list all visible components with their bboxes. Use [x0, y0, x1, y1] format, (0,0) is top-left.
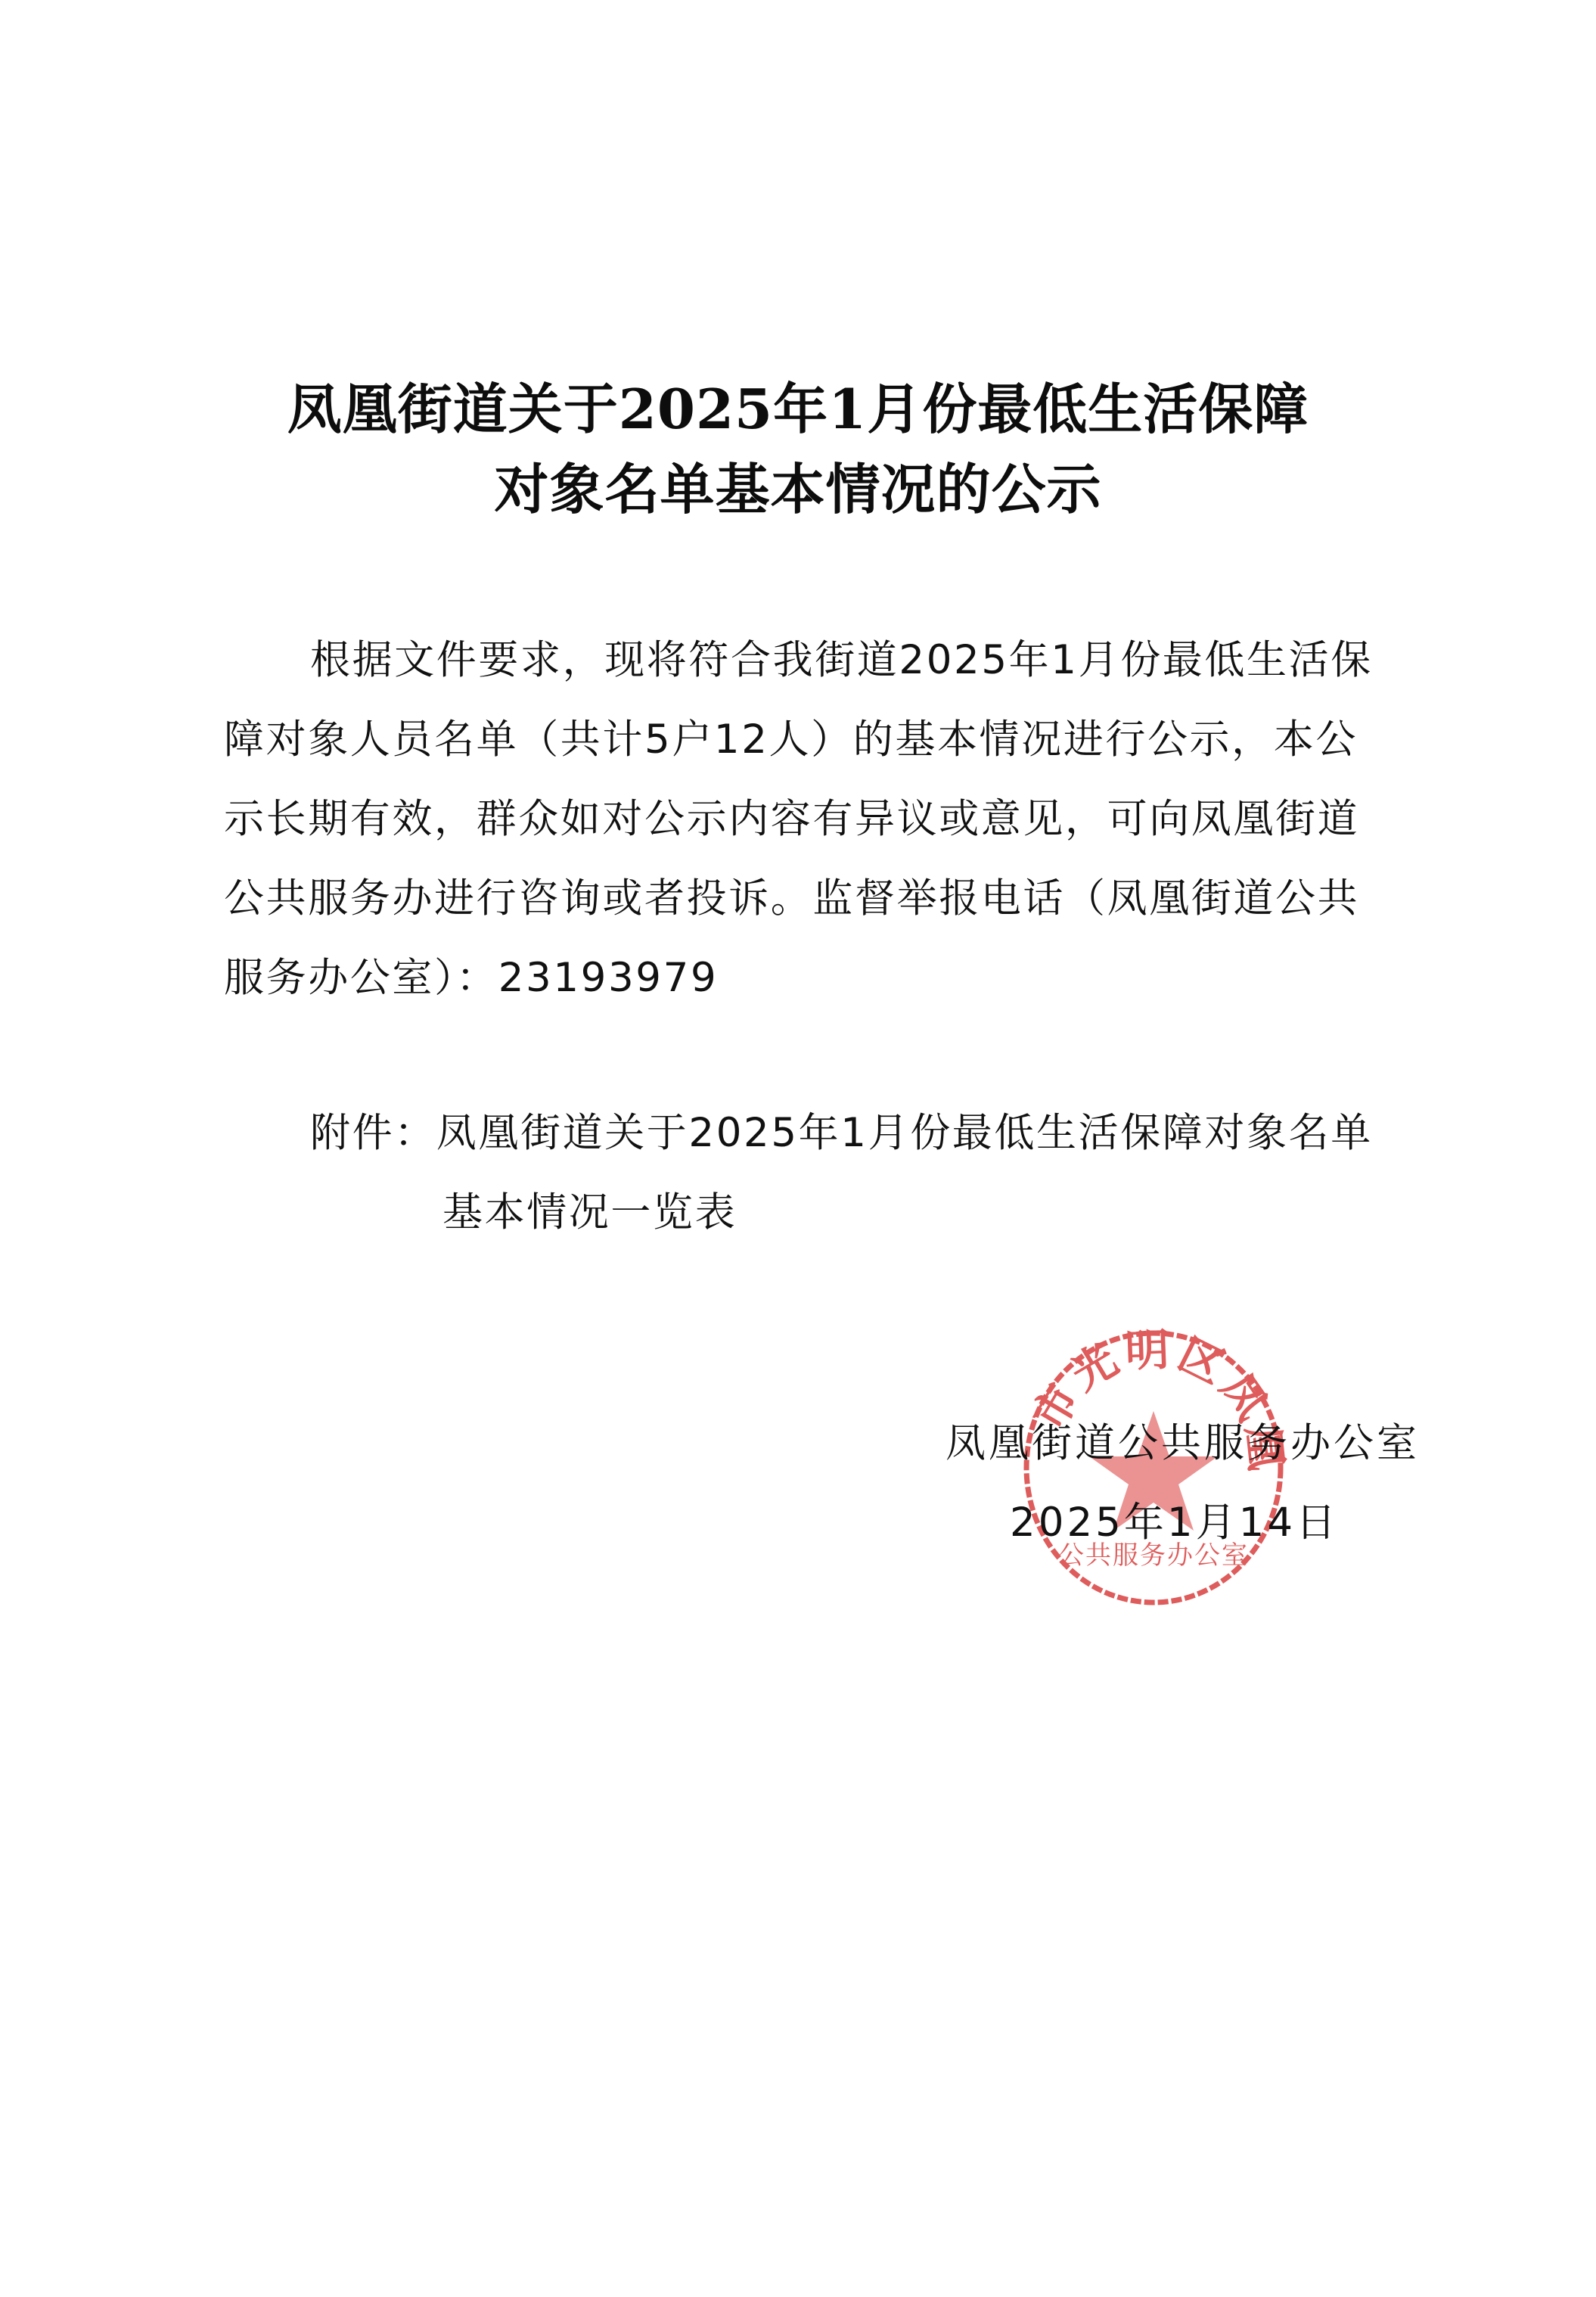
body-paragraph-line-4: 公共服务办进行咨询或者投诉。监督举报电话（凤凰街道公共	[224, 876, 1359, 922]
seal-graphic: 市光明区凤凰 公共服务办公室	[1014, 1328, 1293, 1608]
document-title-line-1: 凤凰街道关于2025年1月份最低生活保障	[0, 369, 1596, 449]
document-page: 凤凰街道关于2025年1月份最低生活保障 对象名单基本情况的公示 根据文件要求，…	[0, 0, 1596, 2297]
issuer-signature: 凤凰街道公共服务办公室	[945, 1421, 1420, 1466]
attachment-line-2: 基本情况一览表	[442, 1190, 737, 1236]
body-paragraph-line-3: 示长期有效，群众如对公示内容有异议或意见，可向凤凰街道	[224, 797, 1359, 842]
issue-date: 2025年1月14日	[1010, 1500, 1339, 1546]
official-seal: 市光明区凤凰 公共服务办公室	[1014, 1328, 1293, 1608]
attachment-line-1: 附件：凤凰街道关于2025年1月份最低生活保障对象名单	[310, 1111, 1373, 1156]
document-title-line-2: 对象名单基本情况的公示	[0, 449, 1596, 530]
body-paragraph-line-5: 服务办公室）：23193979	[224, 956, 718, 1001]
body-paragraph-line-1: 根据文件要求，现将符合我街道2025年1月份最低生活保	[310, 638, 1373, 683]
body-paragraph-line-2: 障对象人员名单（共计5户12人）的基本情况进行公示，本公	[224, 717, 1358, 763]
